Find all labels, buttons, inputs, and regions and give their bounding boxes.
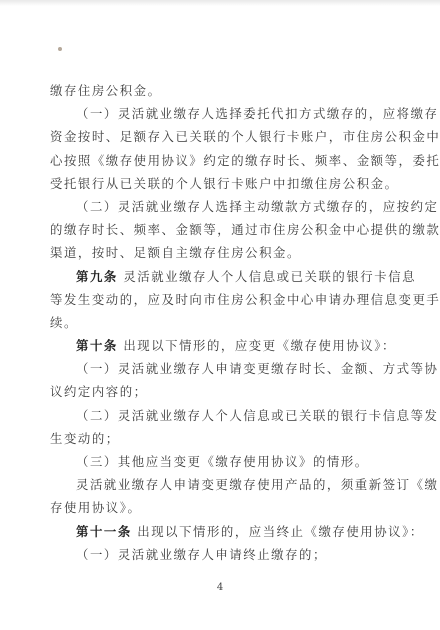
text-line: 议约定内容的； xyxy=(50,380,390,403)
text-line: （二）灵活就业缴存人个人信息或已关联的银行卡信息等发 xyxy=(50,404,390,427)
text-line: 缴存住房公积金。 xyxy=(50,79,390,102)
line-text: （一）灵活就业缴存人选择委托代扣方式缴存的，应将缴存 xyxy=(76,106,438,121)
text-line: 存使用协议》。 xyxy=(50,496,390,519)
line-text: 出现以下情形的，应变更《缴存使用协议》： xyxy=(118,338,396,353)
article-11-line: 第十一条 出现以下情形的，应当终止《缴存使用协议》： xyxy=(50,520,390,543)
article-9-line: 第九条 灵活就业缴存人个人信息或已关联的银行卡信息 xyxy=(50,265,390,288)
line-text: （一）灵活就业缴存人申请变更缴存时长、金额、方式等协 xyxy=(76,361,438,376)
line-text: （二）灵活就业缴存人选择主动缴款方式缴存的，应按约定 xyxy=(76,199,438,214)
text-line: 资金按时、足额存入已关联的个人银行卡账户，市住房公积金中 xyxy=(50,125,390,148)
line-text: 的缴存时长、频率、金额等，通过市住房公积金中心提供的缴款 xyxy=(50,222,440,237)
line-text: 缴存住房公积金。 xyxy=(50,83,162,98)
page-number: 4 xyxy=(0,582,440,593)
line-text: 续。 xyxy=(50,315,78,330)
article-heading: 第十一条 xyxy=(76,524,132,539)
article-heading: 第十条 xyxy=(76,338,118,353)
text-line: （一）灵活就业缴存人申请终止缴存的； xyxy=(50,543,390,566)
document-body: 缴存住房公积金。 （一）灵活就业缴存人选择委托代扣方式缴存的，应将缴存 资金按时… xyxy=(50,79,390,566)
text-line: 受托银行从已关联的个人银行卡账户中扣缴住房公积金。 xyxy=(50,172,390,195)
page-top-shadow xyxy=(0,0,440,6)
text-line: （一）灵活就业缴存人选择委托代扣方式缴存的，应将缴存 xyxy=(50,102,390,125)
text-line: （二）灵活就业缴存人选择主动缴款方式缴存的，应按约定 xyxy=(50,195,390,218)
line-text: （二）灵活就业缴存人个人信息或已关联的银行卡信息等发 xyxy=(76,408,438,423)
text-line: （一）灵活就业缴存人申请变更缴存时长、金额、方式等协 xyxy=(50,357,390,380)
article-heading: 第九条 xyxy=(76,269,118,284)
line-text: （三）其他应当变更《缴存使用协议》的情形。 xyxy=(76,454,369,469)
line-text: 渠道，按时、足额自主缴存住房公积金。 xyxy=(50,245,301,260)
line-text: 受托银行从已关联的个人银行卡账户中扣缴住房公积金。 xyxy=(50,176,399,191)
line-text: 出现以下情形的，应当终止《缴存使用协议》： xyxy=(132,524,424,539)
line-text: 生变动的； xyxy=(50,431,120,446)
line-text: 灵活就业缴存人申请变更缴存使用产品的，须重新签订《缴 xyxy=(76,477,438,492)
text-line: 续。 xyxy=(50,311,390,334)
line-text: 等发生变动的，应及时向市住房公积金中心申请办理信息变更手 xyxy=(50,292,440,307)
line-text: 资金按时、足额存入已关联的个人银行卡账户，市住房公积金中 xyxy=(50,129,440,144)
text-line: 的缴存时长、频率、金额等，通过市住房公积金中心提供的缴款 xyxy=(50,218,390,241)
line-text: 灵活就业缴存人个人信息或已关联的银行卡信息 xyxy=(118,269,416,284)
line-text: 心按照《缴存使用协议》约定的缴存时长、频率、金额等，委托 xyxy=(50,153,440,168)
line-text: （一）灵活就业缴存人申请终止缴存的； xyxy=(76,547,327,562)
text-line: 心按照《缴存使用协议》约定的缴存时长、频率、金额等，委托 xyxy=(50,149,390,172)
text-line: 生变动的； xyxy=(50,427,390,450)
text-line: （三）其他应当变更《缴存使用协议》的情形。 xyxy=(50,450,390,473)
scan-speck xyxy=(58,47,62,51)
text-line: 灵活就业缴存人申请变更缴存使用产品的，须重新签订《缴 xyxy=(50,473,390,496)
article-10-line: 第十条 出现以下情形的，应变更《缴存使用协议》： xyxy=(50,334,390,357)
text-line: 等发生变动的，应及时向市住房公积金中心申请办理信息变更手 xyxy=(50,288,390,311)
line-text: 议约定内容的； xyxy=(50,384,148,399)
text-line: 渠道，按时、足额自主缴存住房公积金。 xyxy=(50,241,390,264)
line-text: 存使用协议》。 xyxy=(50,500,141,515)
